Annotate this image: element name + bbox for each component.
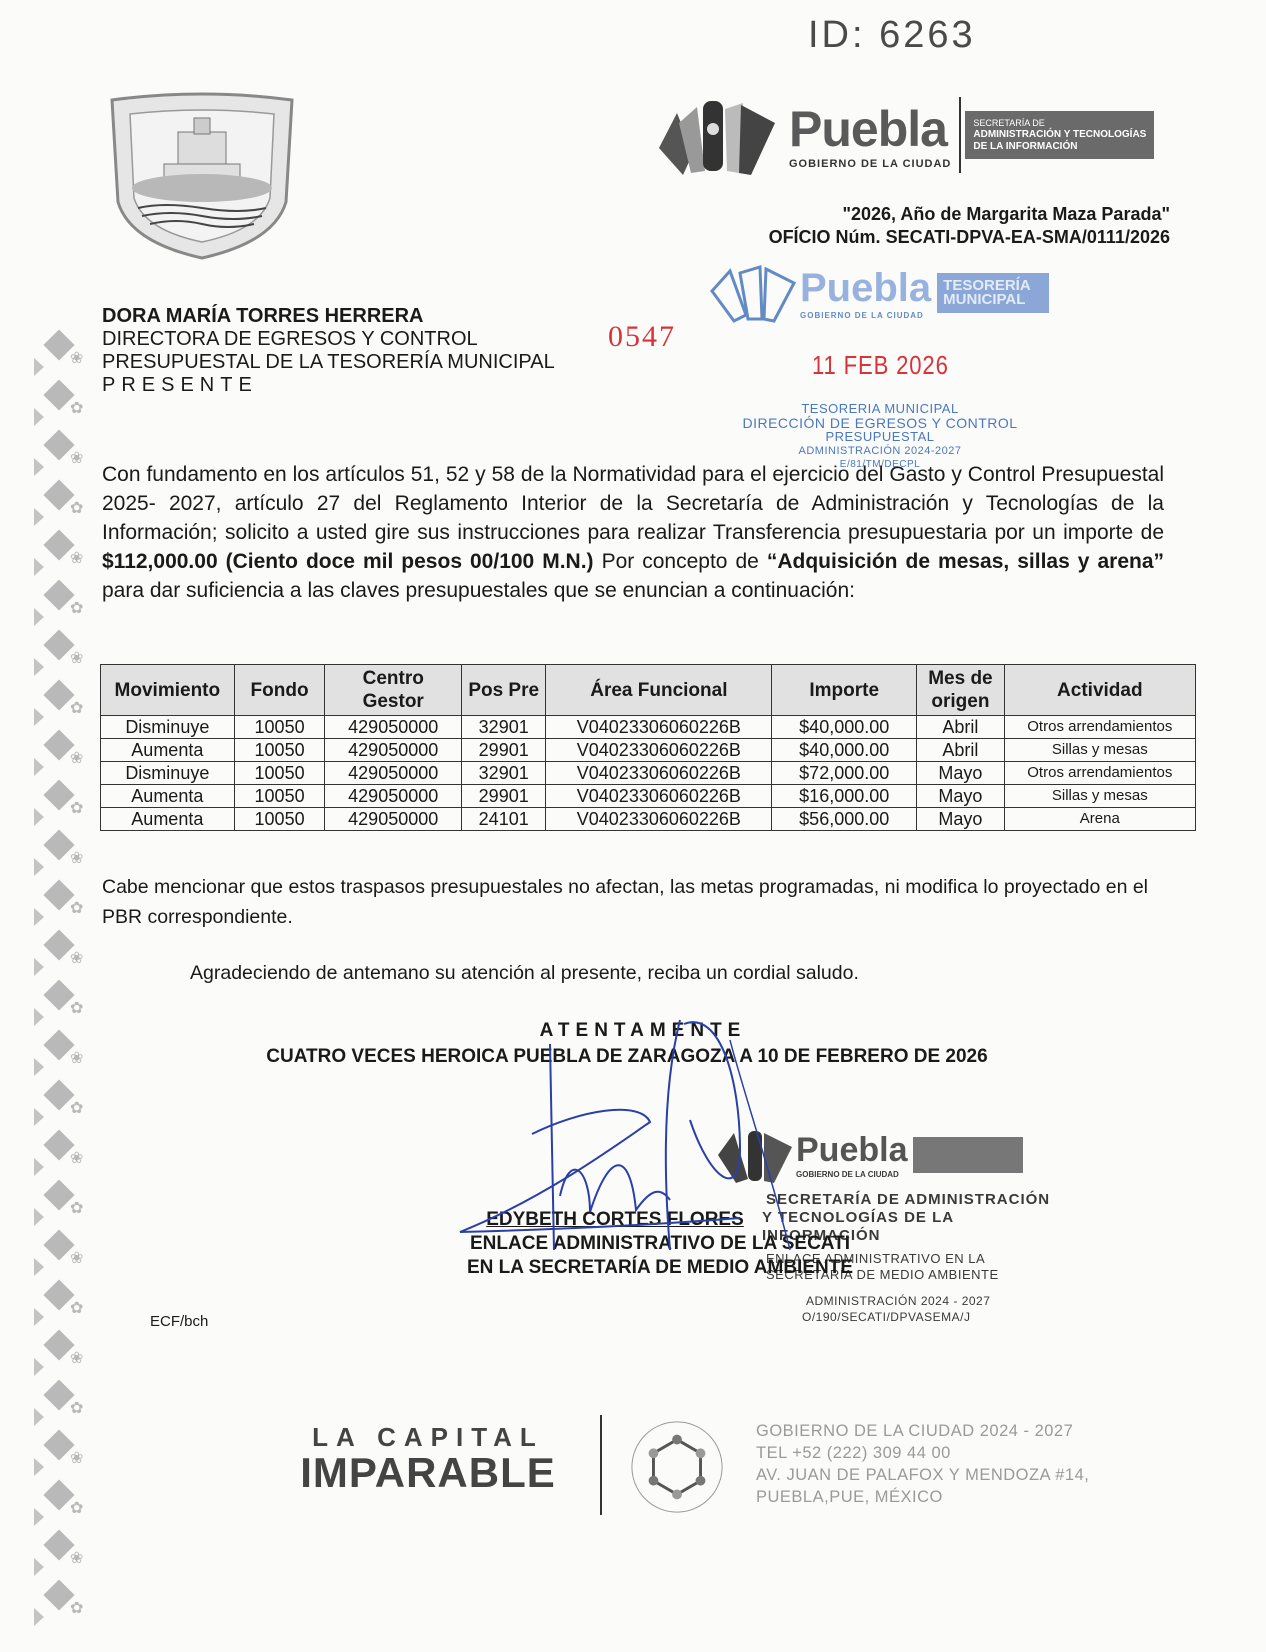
table-cell: Sillas y mesas [1004, 739, 1195, 762]
tesoreria-stamp-logo: Puebla GOBIERNO DE LA CIUDAD TESORERÍA M… [710, 258, 1050, 328]
body-paragraph-1: Con fundamento en los artículos 51, 52 y… [102, 460, 1164, 605]
addressee-name: DORA MARÍA TORRES HERRERA [102, 305, 555, 328]
decorative-motif: ✿ [34, 1080, 94, 1130]
table-cell: 10050 [234, 739, 325, 762]
secati-band: SECRETARÍA DE ADMINISTRACIÓN Y TECNOLOGÍ… [965, 111, 1154, 159]
year-motto: "2026, Año de Margarita Maza Parada" [769, 203, 1170, 226]
table-cell: Arena [1004, 808, 1195, 831]
table-row: Disminuye1005042905000032901V04023306060… [101, 762, 1196, 785]
decorative-motif: ✿ [34, 1280, 94, 1330]
table-cell: 24101 [461, 808, 546, 831]
table-cell: 32901 [461, 716, 546, 739]
decorative-motif: ❀ [34, 330, 94, 380]
table-header-row: MovimientoFondoCentro GestorPos PreÁrea … [101, 665, 1196, 716]
decorative-motif: ✿ [34, 880, 94, 930]
column-header: Área Funcional [546, 665, 772, 716]
table-cell: Aumenta [101, 785, 235, 808]
table-cell: $56,000.00 [772, 808, 917, 831]
logo-divider [959, 97, 961, 173]
decorative-motif: ❀ [34, 1330, 94, 1380]
table-cell: 10050 [234, 808, 325, 831]
igualdad-laboral-seal-icon [628, 1418, 726, 1516]
table-cell: $72,000.00 [772, 762, 917, 785]
table-cell: 29901 [461, 785, 546, 808]
header-motto-block: "2026, Año de Margarita Maza Parada" OFÍ… [769, 203, 1170, 249]
handwritten-signature [440, 1000, 860, 1260]
transfer-concept: “Adquisición de mesas, sillas y arena” [767, 550, 1164, 573]
addressee-title-2: PRESUPUESTAL DE LA TESORERÍA MUNICIPAL [102, 351, 555, 374]
table-cell: Abril [917, 739, 1004, 762]
column-header: Centro Gestor [325, 665, 461, 716]
decorative-motif: ✿ [34, 680, 94, 730]
table-cell: 429050000 [325, 808, 461, 831]
decorative-motif: ❀ [34, 930, 94, 980]
decorative-motif: ❀ [34, 630, 94, 680]
table-cell: Aumenta [101, 808, 235, 831]
table-cell: Mayo [917, 785, 1004, 808]
table-cell: V04023306060226B [546, 762, 772, 785]
stamp-emblem-icon [710, 263, 800, 323]
table-cell: 429050000 [325, 739, 461, 762]
table-cell: 429050000 [325, 762, 461, 785]
decorative-motif: ✿ [34, 1480, 94, 1530]
table-cell: V04023306060226B [546, 808, 772, 831]
table-cell: Abril [917, 716, 1004, 739]
table-cell: Aumenta [101, 739, 235, 762]
decorative-motif: ❀ [34, 430, 94, 480]
footer-address: GOBIERNO DE LA CIUDAD 2024 - 2027 TEL +5… [756, 1420, 1089, 1508]
table-cell: 10050 [234, 762, 325, 785]
table-cell: $40,000.00 [772, 716, 917, 739]
table-cell: Mayo [917, 808, 1004, 831]
body-paragraph-3: Agradeciendo de antemano su atención al … [190, 962, 859, 985]
column-header: Pos Pre [461, 665, 546, 716]
column-header: Fondo [234, 665, 325, 716]
table-row: Aumenta1005042905000029901V0402330606022… [101, 739, 1196, 762]
column-header: Movimiento [101, 665, 235, 716]
table-cell: V04023306060226B [546, 716, 772, 739]
table-row: Aumenta1005042905000024101V0402330606022… [101, 808, 1196, 831]
decorative-motif: ✿ [34, 480, 94, 530]
table-cell: Disminuye [101, 716, 235, 739]
column-header: Mes de origen [917, 665, 1004, 716]
decorative-motif: ❀ [34, 1230, 94, 1280]
table-cell: 429050000 [325, 785, 461, 808]
puebla-secati-logo: Puebla GOBIERNO DE LA CIUDAD SECRETARÍA … [655, 90, 1165, 180]
decorative-motif: ✿ [34, 1380, 94, 1430]
table-cell: Otros arrendamientos [1004, 762, 1195, 785]
folio-stamp: 0547 [608, 320, 676, 354]
table-cell: 10050 [234, 785, 325, 808]
decorative-motif: ❀ [34, 530, 94, 580]
table-row: Aumenta1005042905000029901V0402330606022… [101, 785, 1196, 808]
received-date-stamp: 11 FEB 2026 [812, 350, 949, 381]
transfer-amount: $112,000.00 (Ciento doce mil pesos 00/10… [102, 550, 594, 573]
table-cell: Otros arrendamientos [1004, 716, 1195, 739]
table-cell: 429050000 [325, 716, 461, 739]
table-cell: $40,000.00 [772, 739, 917, 762]
oficio-number: OFÍCIO Núm. SECATI-DPVA-EA-SMA/0111/2026 [769, 226, 1170, 249]
decorative-border-strip: ❀✿❀✿❀✿❀✿❀✿❀✿❀✿❀✿❀✿❀✿❀✿❀✿❀✿ [34, 330, 94, 1630]
decorative-motif: ❀ [34, 1430, 94, 1480]
table-cell: 10050 [234, 716, 325, 739]
decorative-motif: ✿ [34, 780, 94, 830]
footer-divider [600, 1415, 602, 1515]
la-capital-imparable-logo: LA CAPITAL IMPARABLE [278, 1422, 578, 1493]
initials: ECF/bch [150, 1313, 208, 1330]
column-header: Importe [772, 665, 917, 716]
decorative-motif: ✿ [34, 580, 94, 630]
table-cell: 29901 [461, 739, 546, 762]
table-cell: 32901 [461, 762, 546, 785]
decorative-motif: ❀ [34, 1530, 94, 1580]
decorative-motif: ❀ [34, 830, 94, 880]
decorative-motif: ❀ [34, 1130, 94, 1180]
addressee-title-1: DIRECTORA DE EGRESOS Y CONTROL [102, 328, 555, 351]
handwritten-id: ID: 6263 [808, 14, 976, 57]
budget-transfer-table: MovimientoFondoCentro GestorPos PreÁrea … [100, 664, 1196, 831]
decorative-motif: ❀ [34, 730, 94, 780]
body-paragraph-2: Cabe mencionar que estos traspasos presu… [102, 872, 1162, 932]
table-row: Disminuye1005042905000032901V04023306060… [101, 716, 1196, 739]
puebla-wordmark: Puebla [789, 100, 951, 158]
table-cell: $16,000.00 [772, 785, 917, 808]
table-cell: Sillas y mesas [1004, 785, 1195, 808]
decorative-motif: ✿ [34, 1580, 94, 1630]
decorative-motif: ✿ [34, 380, 94, 430]
gobierno-ciudad-label: GOBIERNO DE LA CIUDAD [789, 158, 951, 170]
seal-dark-band [913, 1137, 1023, 1173]
table-cell: V04023306060226B [546, 739, 772, 762]
table-cell: Mayo [917, 762, 1004, 785]
column-header: Actividad [1004, 665, 1195, 716]
table-cell: V04023306060226B [546, 785, 772, 808]
decorative-motif: ✿ [34, 1180, 94, 1230]
puebla-emblem-icon [655, 93, 785, 178]
city-crest-logo [104, 92, 300, 260]
addressee-block: DORA MARÍA TORRES HERRERA DIRECTORA DE E… [102, 305, 555, 397]
table-cell: Disminuye [101, 762, 235, 785]
greeting: PRESENTE [102, 374, 555, 397]
